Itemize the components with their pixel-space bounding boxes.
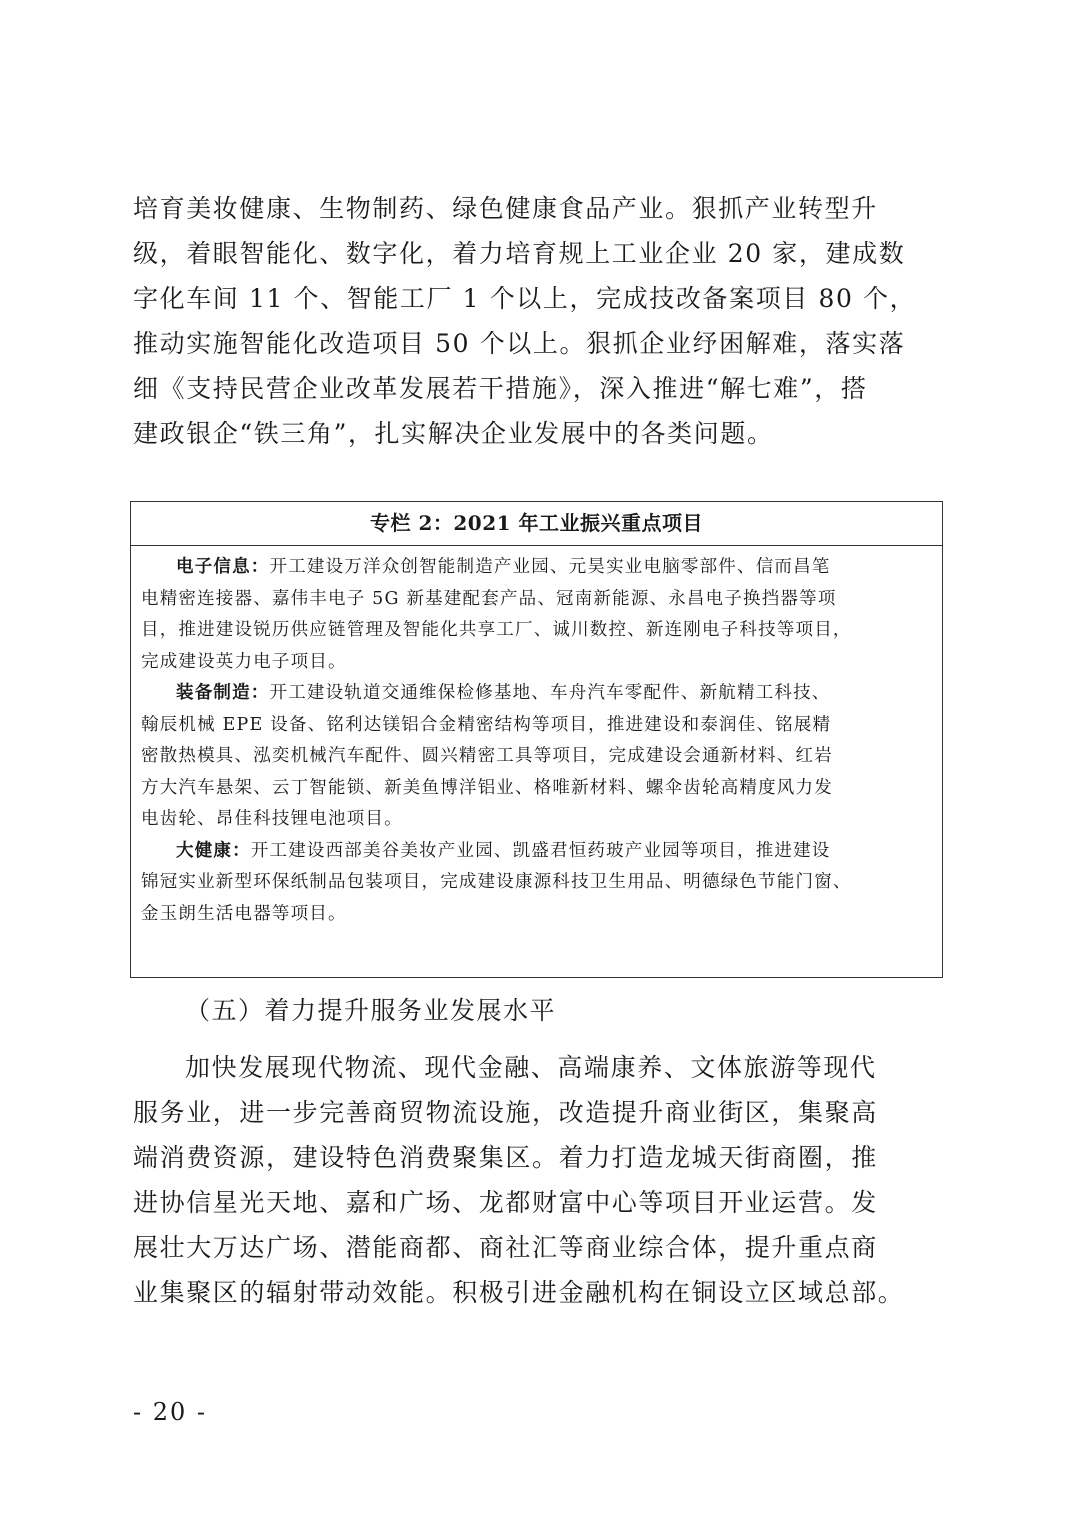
box-title: 专栏 2：2021 年工业振兴重点项目 [131,502,942,546]
sidebar-box-key-projects: 专栏 2：2021 年工业振兴重点项目 电子信息：开工建设万洋众创智能制造产业园… [130,501,943,978]
text: 开工建设西部美谷美妆产业园、凯盛君恒药玻产业园等项目，推进建设 [251,841,831,861]
text-line: 金玉朗生活电器等项目。 [141,899,934,931]
text-line: 培育美妆健康、生物制药、绿色健康食品产业。狠抓产业转型升 [133,186,943,231]
text-line: 电齿轮、昂佳科技锂电池项目。 [141,804,934,836]
section-equipment-line: 装备制造：开工建设轨道交通维保检修基地、车舟汽车零配件、新航精工科技、 [141,678,934,710]
text-line: 锦冠实业新型环保纸制品包装项目，完成建设康源科技卫生用品、明德绿色节能门窗、 [141,867,934,899]
page-number: - 20 - [133,1398,207,1426]
box-body: 电子信息：开工建设万洋众创智能制造产业园、元昊实业电脑零部件、信而昌笔 电精密连… [131,546,942,930]
text-line: 目，推进建设锐历供应链管理及智能化共享工厂、诚川数控、新连刚电子科技等项目， [141,615,934,647]
section-heading: （五）着力提升服务业发展水平 [185,988,556,1033]
text-line: 密散热模具、泓奕机械汽车配件、圆兴精密工具等项目，完成建设会通新材料、红岩 [141,741,934,773]
body-paragraph: 加快发展现代物流、现代金融、高端康养、文体旅游等现代 服务业，进一步完善商贸物流… [133,1045,943,1315]
text-line: 建政银企“铁三角”，扎实解决企业发展中的各类问题。 [133,411,943,456]
section-electronics-line: 电子信息：开工建设万洋众创智能制造产业园、元昊实业电脑零部件、信而昌笔 [141,552,934,584]
text-line: 端消费资源，建设特色消费聚集区。着力打造龙城天街商圈，推 [133,1135,943,1180]
intro-paragraph: 培育美妆健康、生物制药、绿色健康食品产业。狠抓产业转型升 级，着眼智能化、数字化… [133,186,943,456]
text-line: 展壮大万达广场、潜能商都、商社汇等商业综合体，提升重点商 [133,1225,943,1270]
section-health-line: 大健康：开工建设西部美谷美妆产业园、凯盛君恒药玻产业园等项目，推进建设 [141,836,934,868]
section-lead-health: 大健康： [176,841,251,861]
text-line: 级，着眼智能化、数字化，着力培育规上工业企业 20 家，建成数 [133,231,943,276]
text-line: 加快发展现代物流、现代金融、高端康养、文体旅游等现代 [133,1045,943,1090]
text-line: 服务业，进一步完善商贸物流设施，改造提升商业街区，集聚高 [133,1090,943,1135]
text-line: 业集聚区的辐射带动效能。积极引进金融机构在铜设立区域总部。 [133,1270,943,1315]
text-line: 完成建设英力电子项目。 [141,647,934,679]
text: 开工建设轨道交通维保检修基地、车舟汽车零配件、新航精工科技、 [270,683,831,703]
text-line: 方大汽车悬架、云丁智能锁、新美鱼博洋铝业、格唯新材料、螺伞齿轮高精度风力发 [141,773,934,805]
text-line: 翰辰机械 EPE 设备、铭利达镁铝合金精密结构等项目，推进建设和泰润佳、铭展精 [141,710,934,742]
text-line: 细《支持民营企业改革发展若干措施》，深入推进“解七难”，搭 [133,366,943,411]
text-line: 推动实施智能化改造项目 50 个以上。狠抓企业纾困解难，落实落 [133,321,943,366]
section-lead-electronics: 电子信息： [176,557,270,577]
text-line: 电精密连接器、嘉伟丰电子 5G 新基建配套产品、冠南新能源、永昌电子换挡器等项 [141,584,934,616]
text-line: 进协信星光天地、嘉和广场、龙都财富中心等项目开业运营。发 [133,1180,943,1225]
text: 开工建设万洋众创智能制造产业园、元昊实业电脑零部件、信而昌笔 [270,557,831,577]
text-line: 字化车间 11 个、智能工厂 1 个以上，完成技改备案项目 80 个， [133,276,943,321]
section-lead-equipment: 装备制造： [176,683,270,703]
